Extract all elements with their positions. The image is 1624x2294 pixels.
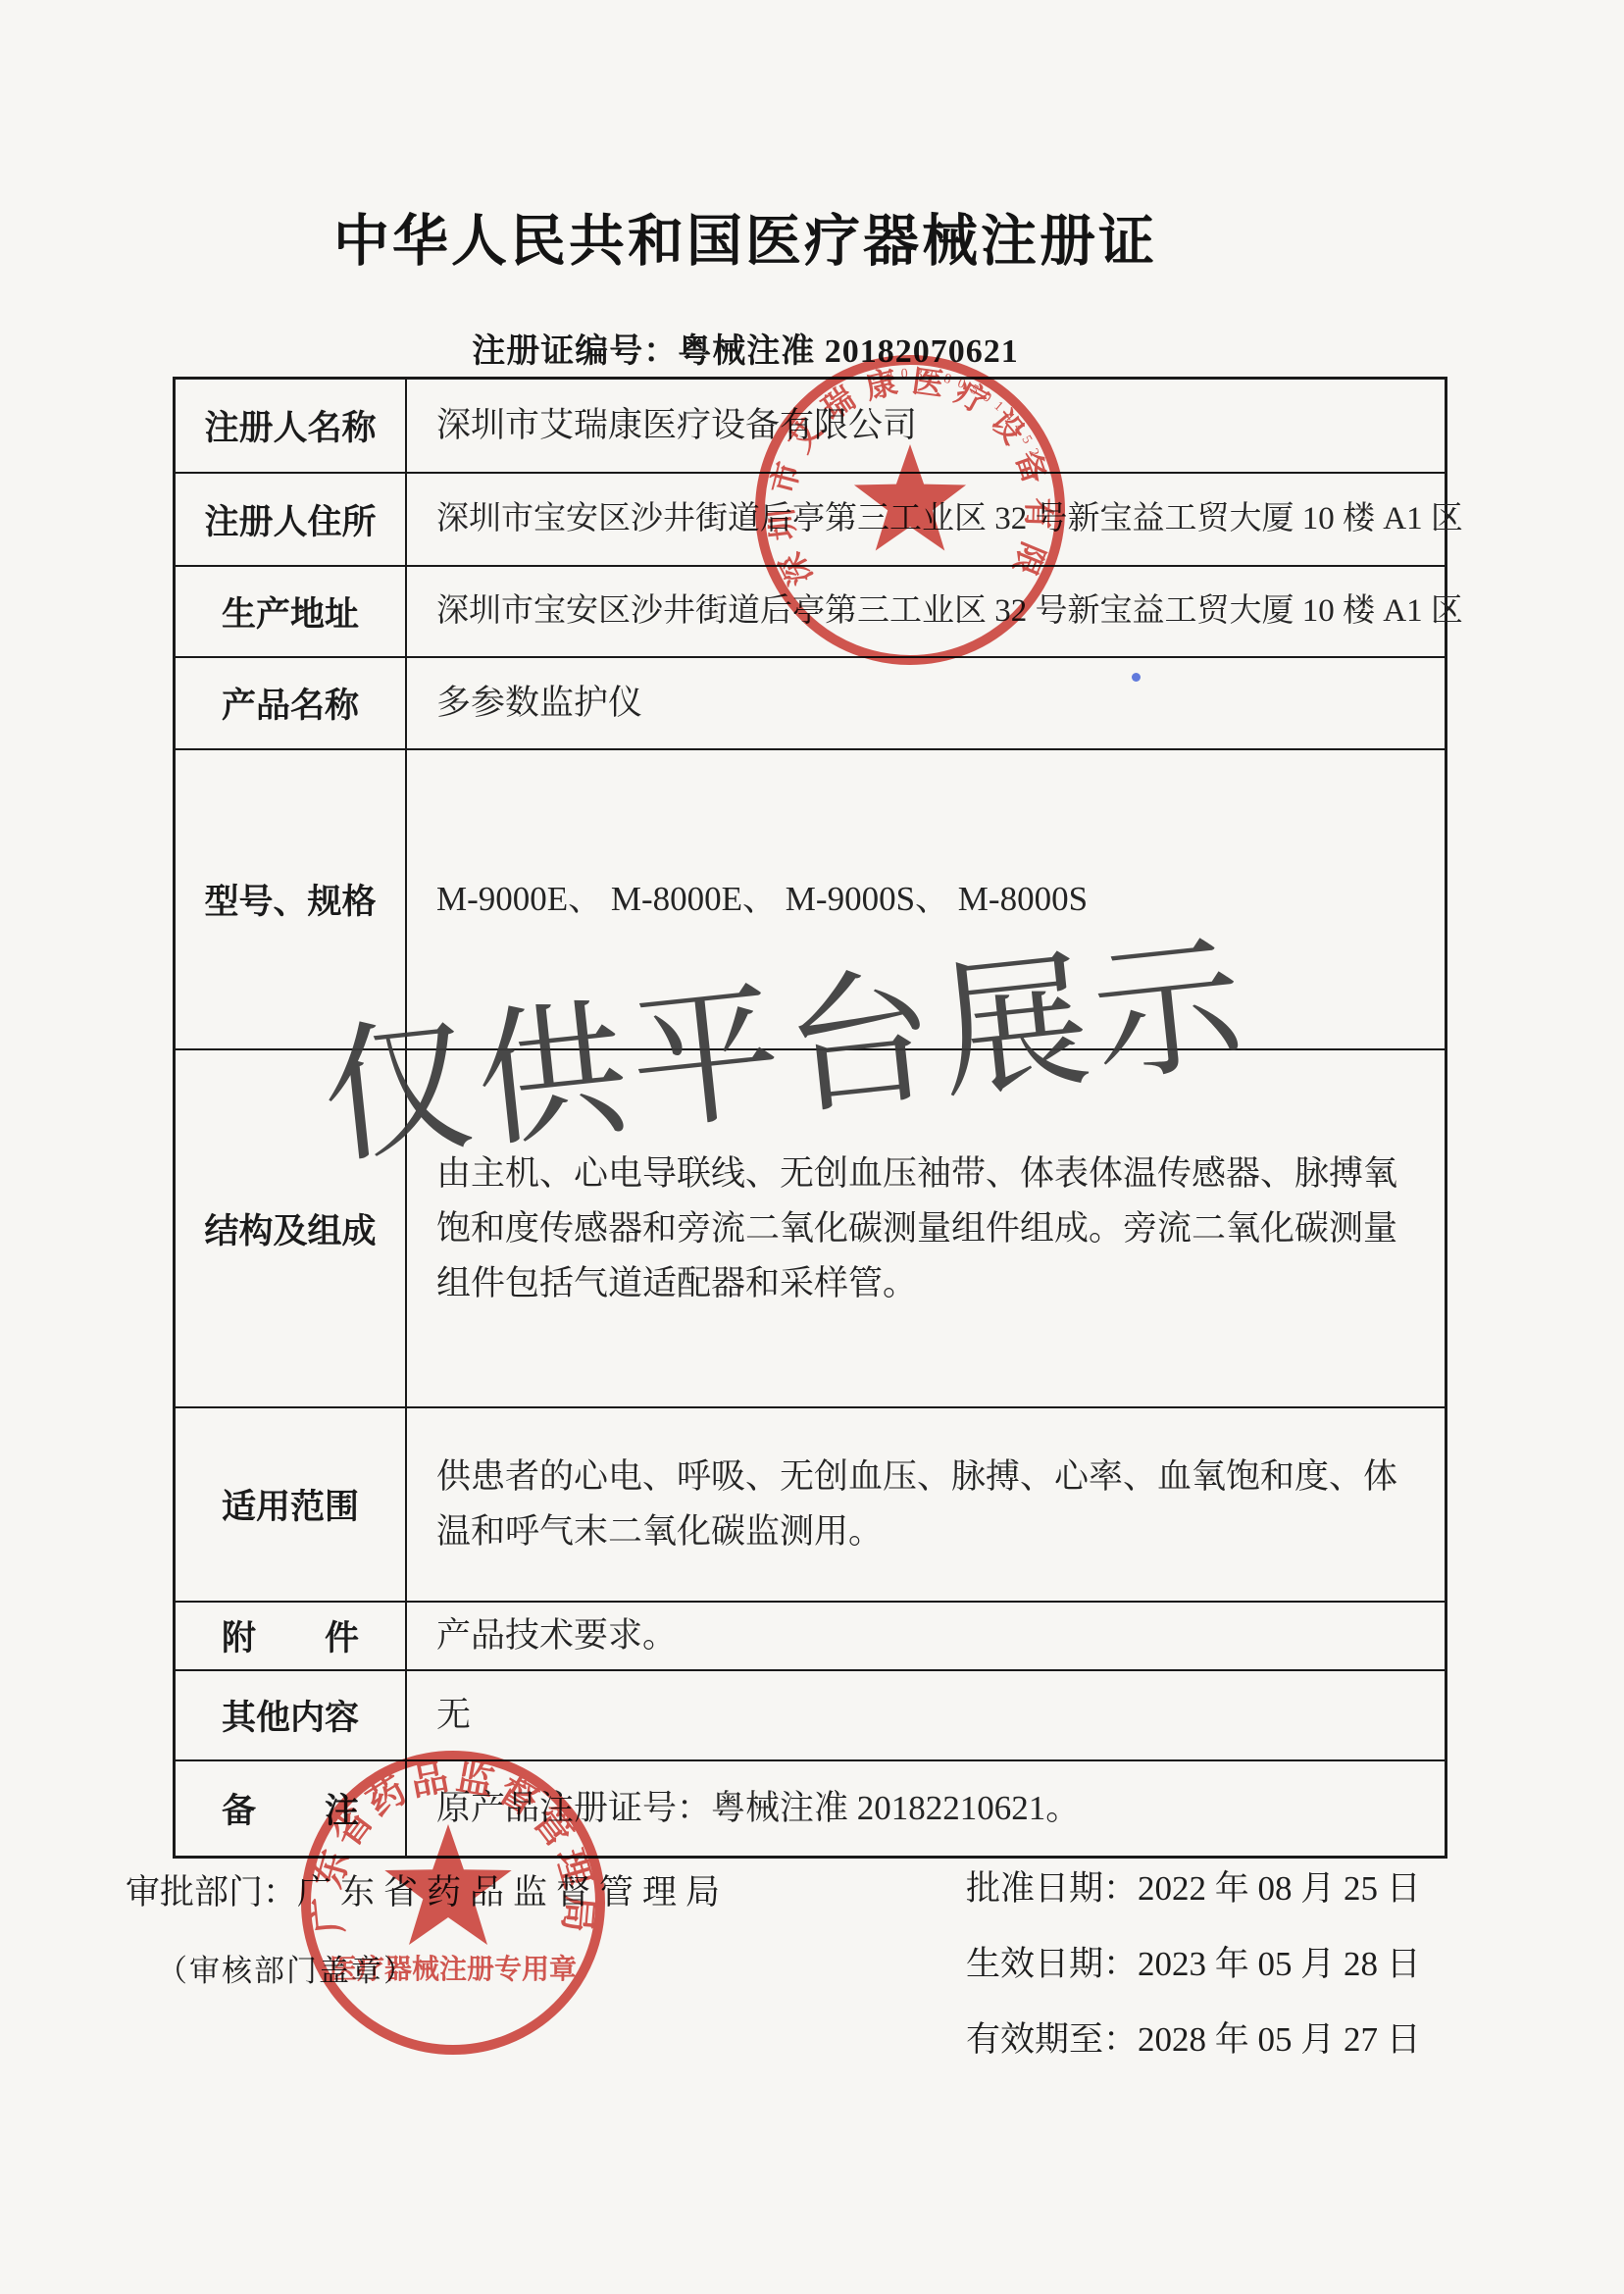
row-value: 供患者的心电、呼吸、无创血压、脉搏、心率、血氧饱和度、体温和呼气末二氧化碳监测用… xyxy=(407,1408,1445,1601)
table-row: 生产地址 深圳市宝安区沙井街道后亭第三工业区 32 号新宝益工贸大厦 10 楼 … xyxy=(176,565,1445,656)
table-row: 其他内容 无 xyxy=(176,1669,1445,1759)
approval-department-value: 广东省药品监督管理局 xyxy=(297,1873,729,1912)
expiry-date-label: 有效期至： xyxy=(966,2020,1138,2059)
table-row: 型号、规格 M-9000E、 M-8000E、 M-9000S、 M-8000S xyxy=(176,748,1445,1048)
expiry-date-line: 有效期至：2028 年 05 月 27 日 xyxy=(966,2013,1421,2062)
row-label: 生产地址 xyxy=(176,567,407,656)
approval-department-line: 审批部门：广东省药品监督管理局 xyxy=(126,1865,729,1914)
registration-number-value: 粤械注准 20182070621 xyxy=(678,333,1019,370)
row-value: 深圳市宝安区沙井街道后亭第三工业区 32 号新宝益工贸大厦 10 楼 A1 区 xyxy=(407,474,1485,565)
row-value: M-9000E、 M-8000E、 M-9000S、 M-8000S xyxy=(407,750,1445,1048)
expiry-date-value: 2028 年 05 月 27 日 xyxy=(1138,2020,1421,2059)
table-row: 结构及组成 由主机、心电导联线、无创血压袖带、体表体温传感器、脉搏氧饱和度传感器… xyxy=(176,1048,1445,1406)
row-value: 产品技术要求。 xyxy=(407,1603,1445,1669)
registration-number-label: 注册证编号： xyxy=(472,333,678,370)
row-label: 注册人名称 xyxy=(176,380,407,472)
table-row: 适用范围 供患者的心电、呼吸、无创血压、脉搏、心率、血氧饱和度、体温和呼气末二氧… xyxy=(176,1406,1445,1601)
effective-date-label: 生效日期： xyxy=(966,1945,1138,1983)
row-label: 产品名称 xyxy=(176,658,407,748)
row-label: 附 件 xyxy=(176,1603,407,1669)
row-value: 深圳市艾瑞康医疗设备有限公司 xyxy=(407,380,1445,472)
scan-speck xyxy=(1132,673,1141,682)
date-block: 批准日期：2022 年 08 月 25 日 生效日期：2023 年 05 月 2… xyxy=(966,1861,1421,2088)
effective-date-value: 2023 年 05 月 28 日 xyxy=(1138,1945,1421,1983)
approval-date-line: 批准日期：2022 年 08 月 25 日 xyxy=(966,1861,1421,1911)
table-row: 注册人住所 深圳市宝安区沙井街道后亭第三工业区 32 号新宝益工贸大厦 10 楼… xyxy=(176,472,1445,565)
row-value: 深圳市宝安区沙井街道后亭第三工业区 32 号新宝益工贸大厦 10 楼 A1 区 xyxy=(407,567,1485,656)
certificate-page: 中华人民共和国医疗器械注册证 注册证编号：粤械注准 20182070621 注册… xyxy=(0,0,1624,2294)
row-label: 适用范围 xyxy=(176,1408,407,1601)
row-value: 原产品注册证号：粤械注准 20182210621。 xyxy=(407,1761,1445,1856)
row-value: 多参数监护仪 xyxy=(407,658,1445,748)
approval-date-value: 2022 年 08 月 25 日 xyxy=(1138,1869,1421,1908)
approval-department-label: 审批部门： xyxy=(126,1873,297,1912)
row-label: 备 注 xyxy=(176,1761,407,1856)
row-label: 型号、规格 xyxy=(176,750,407,1048)
approval-date-label: 批准日期： xyxy=(966,1869,1138,1908)
effective-date-line: 生效日期：2023 年 05 月 28 日 xyxy=(966,1937,1421,1986)
table-row: 产品名称 多参数监护仪 xyxy=(176,656,1445,748)
table-row: 注册人名称 深圳市艾瑞康医疗设备有限公司 xyxy=(176,380,1445,472)
seal-note: （审核部门盖章） xyxy=(157,1946,416,1990)
certificate-table: 注册人名称 深圳市艾瑞康医疗设备有限公司 注册人住所 深圳市宝安区沙井街道后亭第… xyxy=(173,377,1447,1859)
table-row: 附 件 产品技术要求。 xyxy=(176,1601,1445,1669)
table-row: 备 注 原产品注册证号：粤械注准 20182210621。 xyxy=(176,1759,1445,1856)
row-value: 无 xyxy=(407,1671,1445,1759)
row-label: 结构及组成 xyxy=(176,1050,407,1406)
row-value: 由主机、心电导联线、无创血压袖带、体表体温传感器、脉搏氧饱和度传感器和旁流二氧化… xyxy=(407,1050,1445,1406)
page-title: 中华人民共和国医疗器械注册证 xyxy=(108,196,1383,277)
row-label: 其他内容 xyxy=(176,1671,407,1759)
row-label: 注册人住所 xyxy=(176,474,407,565)
registration-number-line: 注册证编号：粤械注准 20182070621 xyxy=(108,324,1383,372)
